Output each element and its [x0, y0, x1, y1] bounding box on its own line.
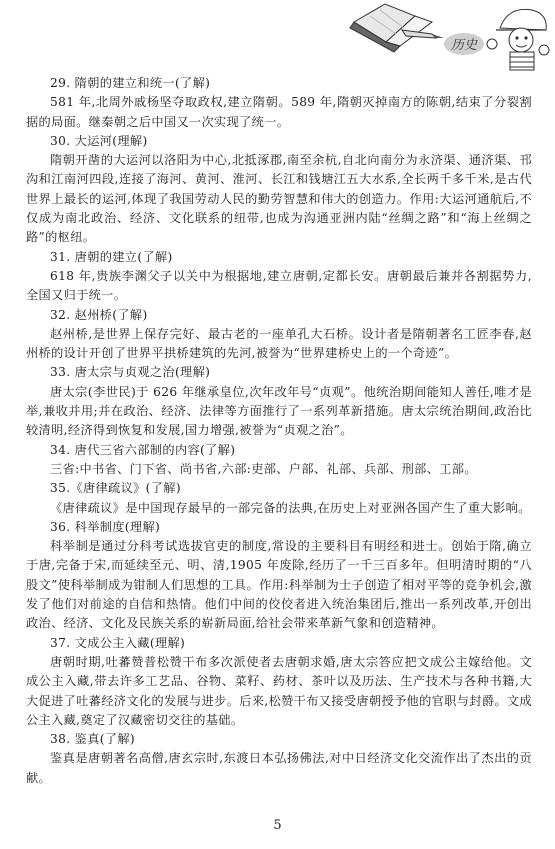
cartoon-boy-icon — [487, 9, 549, 70]
page-number: 5 — [0, 818, 555, 833]
section-paragraph-33: 唐太宗(李世民)于 626 年继承皇位,次年改年号“贞观”。他统治期间能知人善任… — [26, 383, 532, 441]
section-paragraph-30: 隋朝开凿的大运河以洛阳为中心,北抵涿郡,南至余杭,自北向南分为永济渠、通济渠、邗… — [26, 151, 532, 247]
section-paragraph-29: 581 年,北周外戚杨坚夺取政权,建立隋朝。589 年,隋朝灭掉南方的陈朝,结束… — [26, 93, 532, 132]
section-paragraph-38: 鉴真是唐朝著名高僧,唐玄宗时,东渡日本弘扬佛法,对中日经济文化交流作出了杰出的贡… — [26, 749, 532, 788]
section-heading-38: 38. 鉴真(了解) — [26, 730, 532, 749]
open-book-icon: 历史 — [340, 0, 555, 72]
section-paragraph-35: 《唐律疏议》是中国现存最早的一部完备的法典,在历史上对亚洲各国产生了重大影响。 — [26, 499, 532, 518]
header-illustration: 历史 — [340, 0, 555, 72]
subject-badge: 历史 — [451, 38, 478, 53]
document-body: 29. 隋朝的建立和统一(了解) 581 年,北周外戚杨坚夺取政权,建立隋朝。5… — [26, 74, 532, 788]
section-heading-35: 35.《唐律疏议》(了解) — [26, 479, 532, 498]
section-heading-32: 32. 赵州桥(了解) — [26, 306, 532, 325]
section-paragraph-34: 三省:中书省、门下省、尚书省,六部:吏部、户部、礼部、兵部、刑部、工部。 — [26, 460, 532, 479]
section-paragraph-37: 唐朝时期,吐蕃赞普松赞干布多次派使者去唐朝求婚,唐太宗答应把文成公主嫁给他。文成… — [26, 653, 532, 730]
section-heading-33: 33. 唐太宗与贞观之治(理解) — [26, 363, 532, 382]
section-paragraph-36: 科举制是通过分科考试选拔官吏的制度,常设的主要科目有明经和进士。创始于隋,确立于… — [26, 537, 532, 633]
section-heading-36: 36. 科举制度(理解) — [26, 518, 532, 537]
section-heading-30: 30. 大运河(理解) — [26, 132, 532, 151]
section-heading-29: 29. 隋朝的建立和统一(了解) — [26, 74, 532, 93]
section-heading-31: 31. 唐朝的建立(了解) — [26, 248, 532, 267]
section-heading-34: 34. 唐代三省六部制的内容(了解) — [26, 441, 532, 460]
section-paragraph-31: 618 年,贵族李渊父子以关中为根据地,建立唐朝,定都长安。唐朝最后兼并各割据势… — [26, 267, 532, 306]
section-heading-37: 37. 文成公主入藏(理解) — [26, 634, 532, 653]
section-paragraph-32: 赵州桥,是世界上保存完好、最古老的一座单孔大石桥。设计者是隋朝著名工匠李春,赵州… — [26, 325, 532, 364]
